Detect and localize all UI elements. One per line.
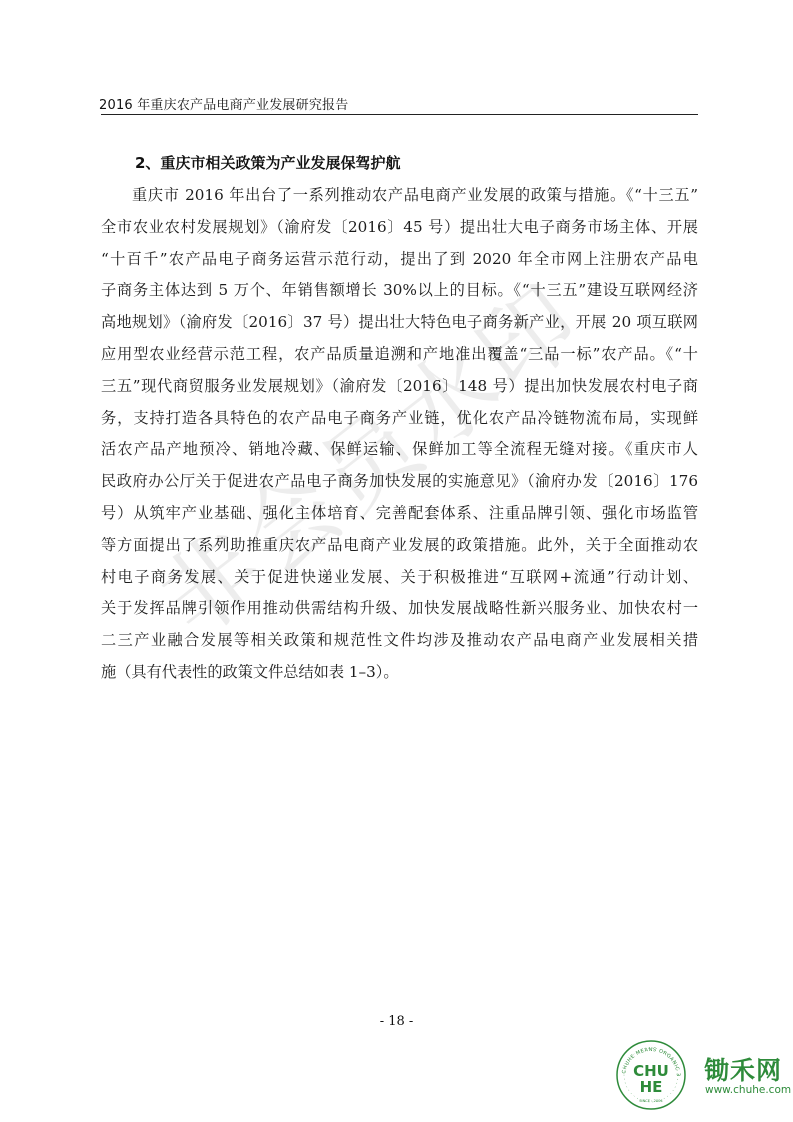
- body-line: 施（具有代表性的政策文件总结如表 1–3）。: [101, 657, 698, 689]
- running-header-title: 2016 年重庆农产品电商产业发展研究报告: [99, 94, 348, 113]
- body-line: 全市农业农村发展规划》（渝府发〔2016〕45 号）提出壮大电子商务市场主体、开…: [101, 212, 698, 244]
- body-line: 村电子商务发展、关于促进快递业发展、关于积极推进“互联网+流通”行动计划、: [101, 562, 698, 594]
- svg-text:HE: HE: [640, 1078, 663, 1096]
- body-line: 应用型农业经营示范工程，农产品质量追溯和产地准出覆盖“三品一标”农产品。《“十: [101, 339, 698, 371]
- body-line: 子商务主体达到 5 万个、年销售额增长 30%以上的目标。《“十三五”建设互联网…: [101, 275, 698, 307]
- body-line: 二三产业融合发展等相关政策和规范性文件均涉及推动农产品电商产业发展相关措: [101, 625, 698, 657]
- brand-url: www.chuhe.com: [705, 1084, 791, 1096]
- body-line: 务，支持打造各具特色的农产品电子商务产业链，优化农产品冷链物流布局，实现鲜: [101, 403, 698, 435]
- body-line: 民政府办公厅关于促进农产品电子商务加快发展的实施意见》（渝府办发〔2016〕17…: [101, 466, 698, 498]
- page-number: - 18 -: [0, 1014, 793, 1029]
- body-line: “十百千”农产品电子商务运营示范行动，提出了到 2020 年全市网上注册农产品电: [101, 244, 698, 276]
- header-divider: [101, 114, 698, 115]
- body-line: 活农产品产地预冷、销地冷藏、保鲜运输、保鲜加工等全流程无缝对接。《重庆市人: [101, 434, 698, 466]
- section-heading: 2、重庆市相关政策为产业发展保驾护航: [135, 152, 400, 173]
- chuhe-badge-icon: CHUHE MEANS ORGANIC 3.0 CHU HE SINCE : 2…: [615, 1039, 687, 1111]
- body-line: 号）从筑牢产业基础、强化主体培育、完善配套体系、注重品牌引领、强化市场监管: [101, 498, 698, 530]
- svg-text:SINCE : 2004: SINCE : 2004: [639, 1099, 663, 1103]
- body-line: 高地规划》（渝府发〔2016〕37 号）提出壮大特色电子商务新产业，开展 20 …: [101, 307, 698, 339]
- body-line: 重庆市 2016 年出台了一系列推动农产品电商产业发展的政策与措施。《“十三五”: [101, 180, 698, 212]
- brand-logo: CHUHE MEANS ORGANIC 3.0 CHU HE SINCE : 2…: [612, 1037, 782, 1115]
- body-line: 三五”现代商贸服务业发展规划》（渝府发〔2016〕148 号）提出加快发展农村电…: [101, 371, 698, 403]
- body-line: 关于发挥品牌引领作用推动供需结构升级、加快发展战略性新兴服务业、加快农村一: [101, 593, 698, 625]
- body-line: 等方面提出了系列助推重庆农产品电商产业发展的政策措施。此外，关于全面推动农: [101, 530, 698, 562]
- body-paragraph: 重庆市 2016 年出台了一系列推动农产品电商产业发展的政策与措施。《“十三五”…: [101, 180, 698, 689]
- brand-name: 锄禾网: [704, 1051, 782, 1087]
